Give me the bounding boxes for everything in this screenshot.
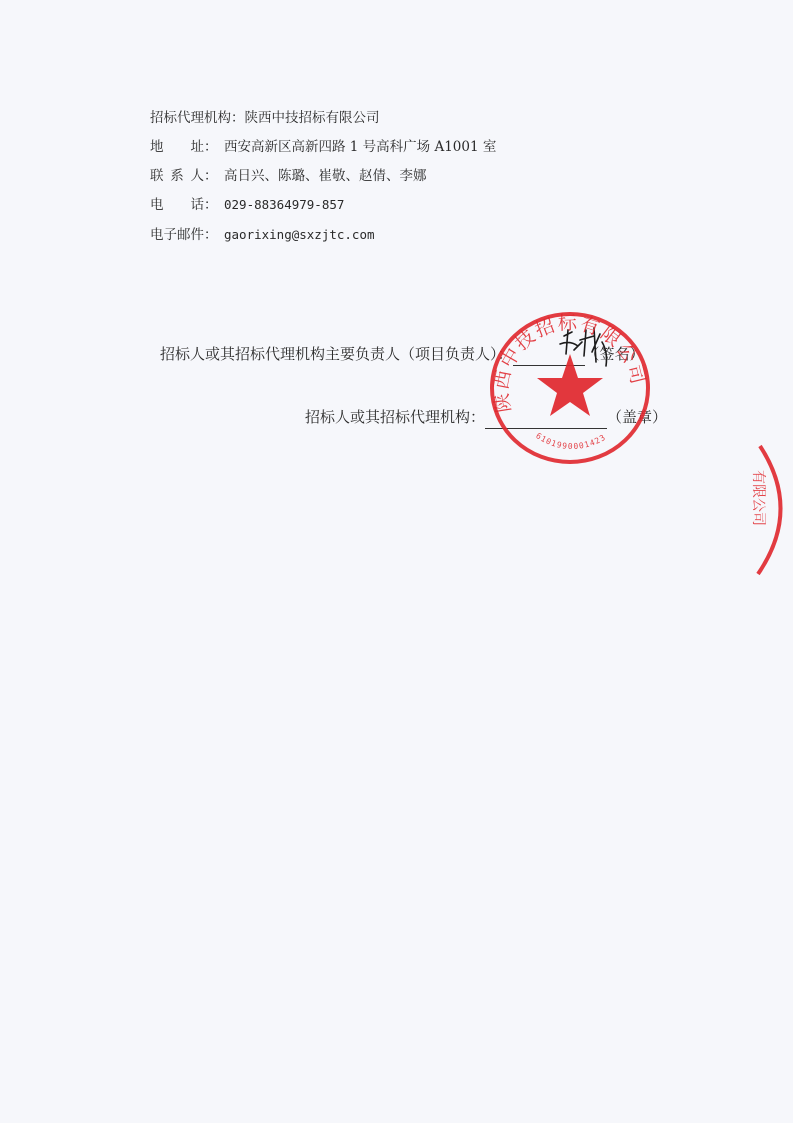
colon: ： — [204, 137, 224, 157]
phone-value: 029-88364979-857 — [224, 195, 344, 215]
svg-text:有限公司: 有限公司 — [750, 470, 766, 526]
stamp-blank[interactable] — [485, 410, 607, 429]
phone-label: 电话 — [150, 195, 204, 215]
document-page: 招标代理机构：陕西中技招标有限公司 地址：西安高新区高新四路 1 号高科广场 A… — [0, 0, 793, 1123]
email-row: 电子邮件：gaorixing@sxzjtc.com — [150, 225, 375, 245]
address-row: 地址：西安高新区高新四路 1 号高科广场 A1001 室 — [150, 137, 496, 157]
svg-text:6101990001423: 6101990001423 — [534, 431, 607, 451]
colon: ： — [204, 195, 224, 215]
colon: ： — [204, 225, 224, 245]
email-value: gaorixing@sxzjtc.com — [224, 225, 375, 245]
colon: ： — [231, 108, 245, 128]
address-value: 西安高新区高新四路 1 号高科广场 A1001 室 — [224, 137, 496, 157]
phone-row: 电话：029-88364979-857 — [150, 195, 344, 215]
agency-label: 招标代理机构 — [150, 108, 231, 128]
address-label: 地址 — [150, 137, 204, 157]
responsible-label: 招标人或其招标代理机构主要负责人（项目负责人）： — [160, 342, 513, 366]
contacts-value: 高日兴、陈璐、崔敬、赵倩、李娜 — [224, 166, 427, 186]
agency-stamp-suffix: （盖章） — [607, 405, 667, 429]
contacts-label: 联系人 — [150, 166, 204, 186]
edge-seal-fragment: 有限公司 — [740, 440, 793, 580]
signature-blank[interactable] — [513, 347, 585, 366]
responsible-suffix: （签名） — [585, 342, 645, 366]
agency-value: 陕西中技招标有限公司 — [245, 108, 380, 128]
contacts-row: 联系人：高日兴、陈璐、崔敬、赵倩、李娜 — [150, 166, 427, 186]
company-seal: 陕西中技招标有限公司 6101990001423 — [486, 308, 654, 468]
responsible-signature-line: 招标人或其招标代理机构主要负责人（项目负责人）： （签名） — [160, 342, 645, 366]
agency-row: 招标代理机构：陕西中技招标有限公司 — [150, 108, 380, 128]
colon: ： — [204, 166, 224, 186]
email-label: 电子邮件 — [150, 225, 204, 245]
agency-stamp-line: 招标人或其招标代理机构： （盖章） — [305, 405, 667, 429]
agency-stamp-label: 招标人或其招标代理机构： — [305, 405, 485, 429]
